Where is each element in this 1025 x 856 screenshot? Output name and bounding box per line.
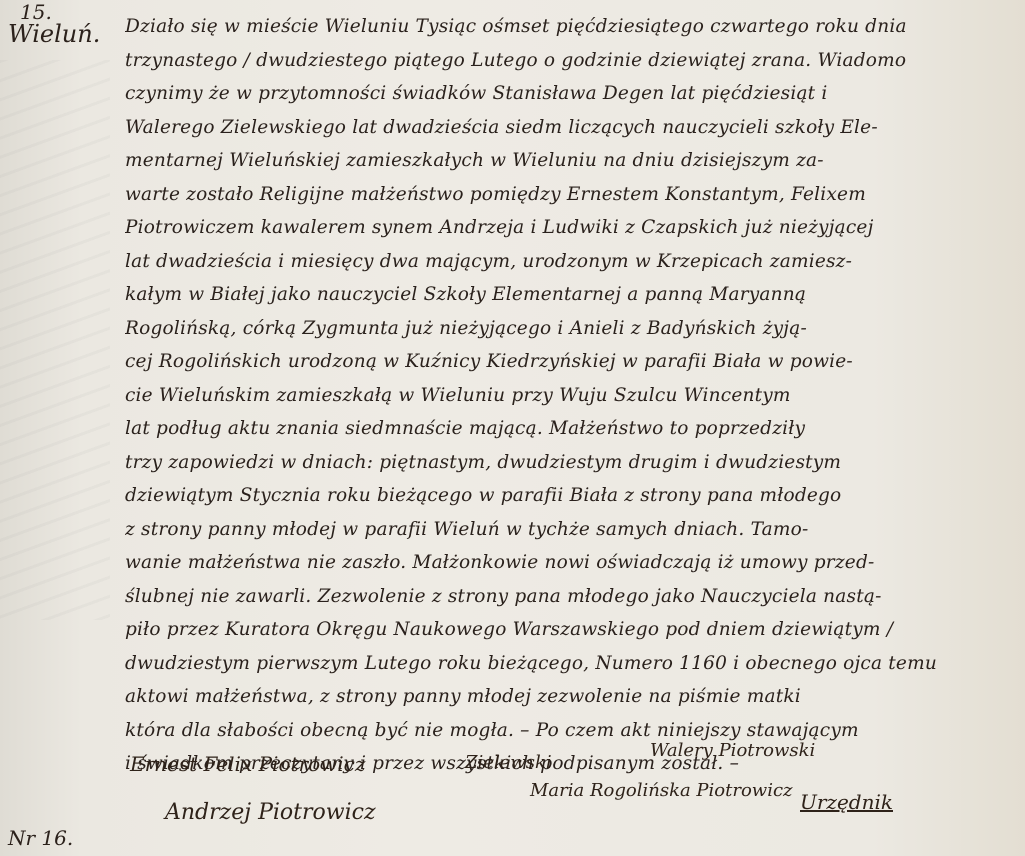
record-line: Działo się w mieście Wieluniu Tysiąc ośm… (125, 10, 1015, 44)
record-line: Rogolińską, córką Zygmunta już nieżyjące… (125, 312, 1015, 346)
record-line: trzynastego / dwudziestego piątego Luteg… (125, 44, 1015, 78)
record-line: mentarnej Wieluńskiej zamieszkałych w Wi… (125, 144, 1015, 178)
record-line: kałym w Białej jako nauczyciel Szkoły El… (125, 278, 1015, 312)
signature-witness-1: Zielewski (465, 752, 552, 773)
record-line: cej Rogolińskich urodzoną w Kuźnicy Kied… (125, 345, 1015, 379)
record-line: dwudziestym pierwszym Lutego roku bieżąc… (125, 647, 1015, 681)
record-line: trzy zapowiedzi w dniach: piętnastym, dw… (125, 446, 1015, 480)
signature-father: Andrzej Piotrowicz (165, 800, 376, 825)
signature-official: Urzędnik (800, 790, 893, 814)
signature-bride: Maria Rogolińska Piotrowicz (530, 780, 793, 801)
record-line: która dla słabości obecną być nie mogła.… (125, 714, 1015, 748)
record-body: Działo się w mieście Wieluniu Tysiąc ośm… (125, 10, 1015, 781)
record-line: lat podług aktu znania siedmnaście mając… (125, 412, 1015, 446)
document-page: 15. Wieluń. Działo się w mieście Wieluni… (0, 0, 1025, 856)
record-line: Piotrowiczem kawalerem synem Andrzeja i … (125, 211, 1015, 245)
next-entry-number: Nr 16. (8, 826, 73, 850)
record-line: dziewiątym Stycznia roku bieżącego w par… (125, 479, 1015, 513)
record-line: warte zostało Religijne małżeństwo pomię… (125, 178, 1015, 212)
signature-witness-2: Walery Piotrowski (650, 740, 815, 761)
bleed-through-text (0, 60, 110, 620)
record-line: ślubnej nie zawarli. Zezwolenie z strony… (125, 580, 1015, 614)
record-line: Walerego Zielewskiego lat dwadzieścia si… (125, 111, 1015, 145)
record-line: wanie małżeństwa nie zaszło. Małżonkowie… (125, 546, 1015, 580)
place-name: Wieluń. (8, 20, 100, 48)
record-line: czynimy że w przytomności świadków Stani… (125, 77, 1015, 111)
record-line: piło przez Kuratora Okręgu Naukowego War… (125, 613, 1015, 647)
signature-groom: Ernest Felix Piotrowicz (130, 752, 365, 776)
record-line: lat dwadzieścia i miesięcy dwa mającym, … (125, 245, 1015, 279)
record-line: aktowi małżeństwa, z strony panny młodej… (125, 680, 1015, 714)
record-line: cie Wieluńskim zamieszkałą w Wieluniu pr… (125, 379, 1015, 413)
record-line: z strony panny młodej w parafii Wieluń w… (125, 513, 1015, 547)
